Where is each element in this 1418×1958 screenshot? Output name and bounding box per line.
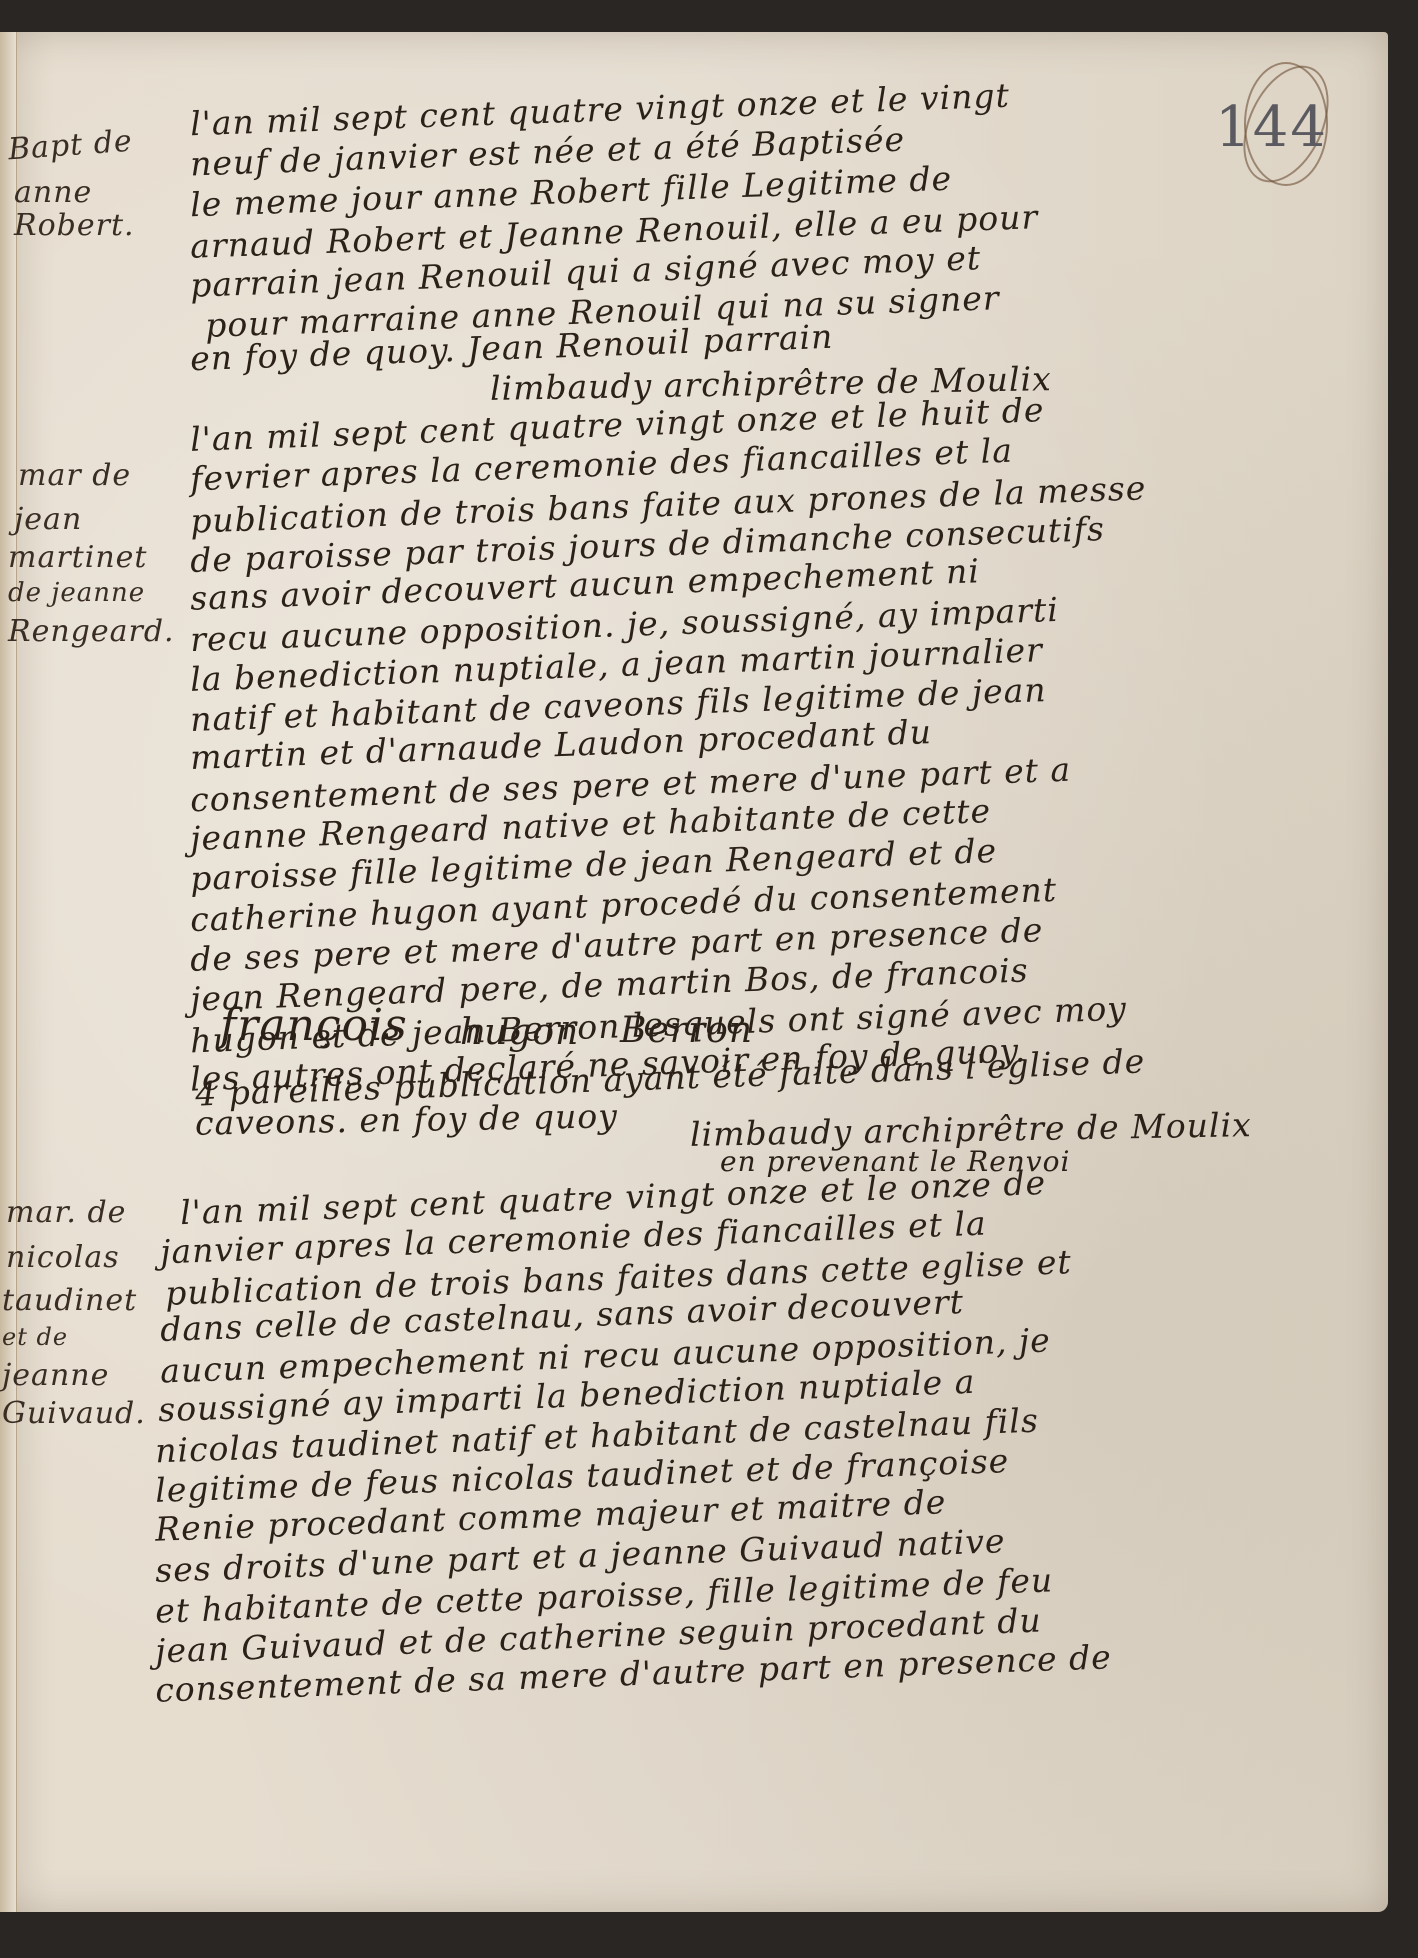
margin-note: mar. de [6,1195,126,1230]
margin-note: jeanne [2,1358,109,1393]
margin-note: et de [2,1323,68,1351]
margin-note: jean [14,502,82,537]
margin-note: mar de [18,458,131,493]
margin-note: nicolas [6,1240,120,1275]
note-line: caveons. en foy de quoy [195,1096,619,1142]
margin-note: Robert. [14,208,135,243]
margin-note: Rengeard. [8,614,175,649]
folio-number: 144 [1215,95,1328,160]
margin-note: de jeanne [8,578,145,608]
margin-note: Guivaud. [2,1396,146,1431]
page-binding-edge [0,32,17,1912]
margin-note: martinet [8,540,147,575]
witness-signature: Berron [620,1010,753,1051]
margin-note: taudinet [2,1283,137,1318]
margin-note: anne [14,175,92,210]
witness-signature: françois [220,1000,408,1051]
witness-signature: hugon [460,1012,579,1053]
